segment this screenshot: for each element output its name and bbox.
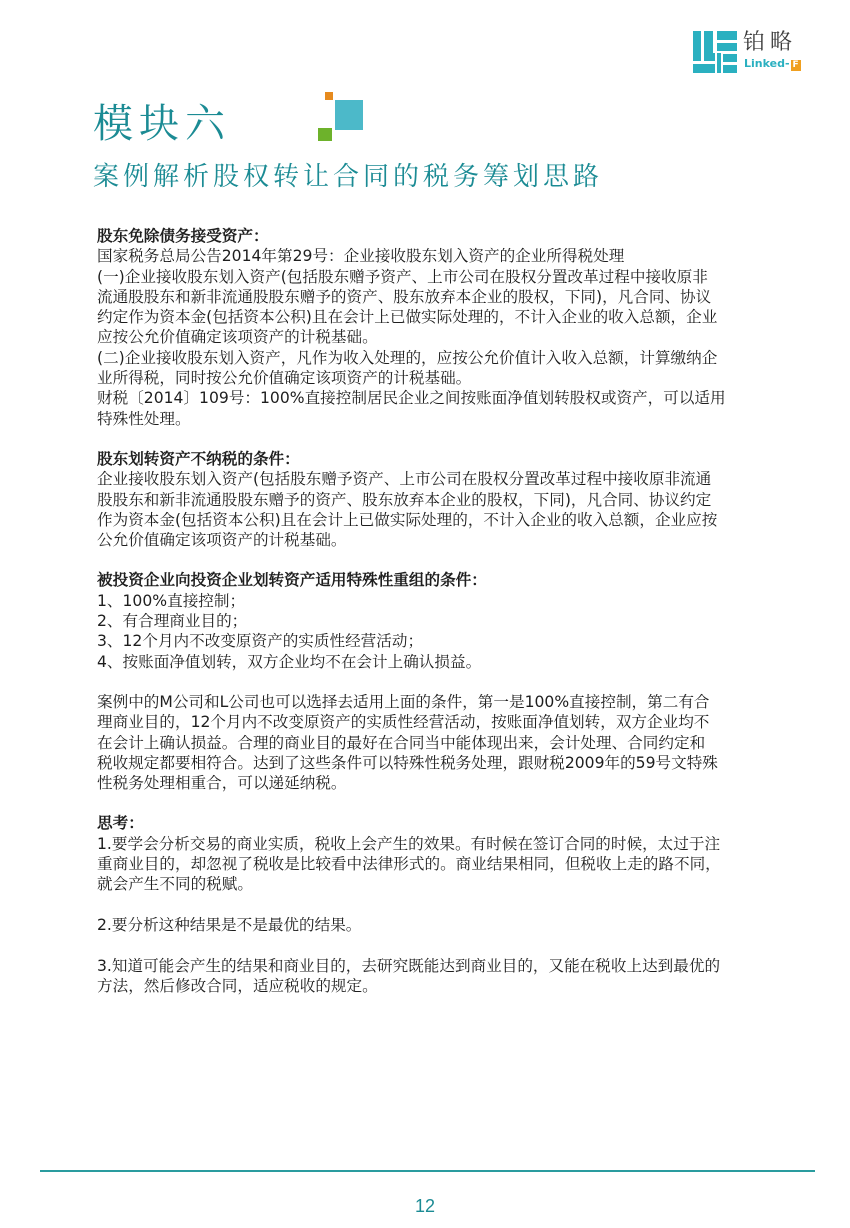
paragraph-line: 企业接收股东划入资产(包括股东赠予资产、上市公司在股权分置改革过程中接收原非流通	[97, 469, 797, 489]
decorative-square-teal	[335, 100, 363, 130]
paragraph-line: 作为资本金(包括资本公积)且在会计上已做实际处理的，不计入企业的收入总额，企业应…	[97, 510, 797, 530]
section-debt-waiver: 股东免除债务接受资产： 国家税务总局公告2014年第29号：企业接收股东划入资产…	[97, 226, 797, 429]
paragraph-line: (二)企业接收股东划入资产，凡作为收入处理的，应按公允价值计入收入总额，计算缴纳…	[97, 348, 797, 368]
paragraph-line: 3.知道可能会产生的结果和商业目的，去研究既能达到商业目的，又能在税收上达到最优…	[97, 956, 797, 976]
list-item: 1、100%直接控制；	[97, 591, 797, 611]
linked-f-logo-icon	[693, 31, 737, 73]
section-special-restructuring: 被投资企业向投资企业划转资产适用特殊性重组的条件： 1、100%直接控制； 2、…	[97, 570, 797, 671]
logo-f-badge: F	[791, 60, 801, 71]
section-heading: 被投资企业向投资企业划转资产适用特殊性重组的条件：	[97, 570, 797, 590]
paragraph-line: 约定作为资本金(包括资本公积)且在会计上已做实际处理的，不计入企业的收入总额，企…	[97, 307, 797, 327]
section-heading: 思考：	[97, 813, 797, 833]
paragraph-line: 2.要分析这种结果是不是最优的结果。	[97, 915, 797, 935]
paragraph-line: 财税〔2014〕109号：100%直接控制居民企业之间按账面净值划转股权或资产，…	[97, 388, 797, 408]
section-heading: 股东划转资产不纳税的条件：	[97, 449, 797, 469]
paragraph-line: 重商业目的，却忽视了税收是比较看中法律形式的。商业结果相同，但税收上走的路不同，	[97, 854, 797, 874]
paragraph-line: 业所得税，同时按公允价值确定该项资产的计税基础。	[97, 368, 797, 388]
paragraph-line: 1.要学会分析交易的商业实质，税收上会产生的效果。有时候在签订合同的时候，太过于…	[97, 834, 797, 854]
blank-line	[97, 935, 797, 955]
document-body: 股东免除债务接受资产： 国家税务总局公告2014年第29号：企业接收股东划入资产…	[97, 226, 797, 1016]
paragraph-line: 性税务处理相重合，可以递延纳税。	[97, 773, 797, 793]
paragraph-line: 应按公允价值确定该项资产的计税基础。	[97, 327, 797, 347]
list-item: 4、按账面净值划转，双方企业均不在会计上确认损益。	[97, 652, 797, 672]
section-case-analysis: 案例中的M公司和L公司也可以选择去适用上面的条件，第一是100%直接控制，第二有…	[97, 692, 797, 793]
list-item: 2、有合理商业目的；	[97, 611, 797, 631]
decorative-square-orange	[325, 92, 333, 100]
paragraph-line: 股股东和新非流通股股东赠予的资产、股东放弃本企业的股权，下同)，凡合同、协议约定	[97, 490, 797, 510]
section-heading: 股东免除债务接受资产：	[97, 226, 797, 246]
section-transfer-conditions: 股东划转资产不纳税的条件： 企业接收股东划入资产(包括股东赠予资产、上市公司在股…	[97, 449, 797, 550]
paragraph-line: 案例中的M公司和L公司也可以选择去适用上面的条件，第一是100%直接控制，第二有…	[97, 692, 797, 712]
paragraph-line: 在会计上确认损益。合理的商业目的最好在合同当中能体现出来，会计处理、合同约定和	[97, 733, 797, 753]
list-item: 3、12个月内不改变原资产的实质性经营活动；	[97, 631, 797, 651]
section-thinking: 思考： 1.要学会分析交易的商业实质，税收上会产生的效果。有时候在签订合同的时候…	[97, 813, 797, 996]
paragraph-line: 方法，然后修改合同，适应税收的规定。	[97, 976, 797, 996]
paragraph-line: 国家税务总局公告2014年第29号：企业接收股东划入资产的企业所得税处理	[97, 246, 797, 266]
blank-line	[97, 895, 797, 915]
module-title: 模块六	[93, 100, 231, 148]
page-number: 12	[0, 1195, 850, 1217]
logo-chinese-name: 铂略	[743, 30, 797, 56]
paragraph-line: (一)企业接收股东划入资产(包括股东赠予资产、上市公司在股权分置改革过程中接收原…	[97, 267, 797, 287]
paragraph-line: 公允价值确定该项资产的计税基础。	[97, 530, 797, 550]
paragraph-line: 特殊性处理。	[97, 409, 797, 429]
paragraph-line: 流通股股东和新非流通股股东赠予的资产、股东放弃本企业的股权，下同)，凡合同、协议	[97, 287, 797, 307]
brand-logo: 铂略 Linked-F	[693, 30, 823, 74]
footer-divider	[40, 1170, 815, 1172]
paragraph-line: 理商业目的，12个月内不改变原资产的实质性经营活动，按账面净值划转，双方企业均不	[97, 712, 797, 732]
logo-english-text: Linked-	[744, 57, 790, 70]
decorative-square-green	[318, 128, 332, 141]
paragraph-line: 税收规定都要相符合。达到了这些条件可以特殊性税务处理，跟财税2009年的59号文…	[97, 753, 797, 773]
module-subtitle: 案例解析股权转让合同的税务筹划思路	[93, 160, 603, 194]
logo-english-name: Linked-F	[744, 57, 801, 71]
paragraph-line: 就会产生不同的税赋。	[97, 874, 797, 894]
